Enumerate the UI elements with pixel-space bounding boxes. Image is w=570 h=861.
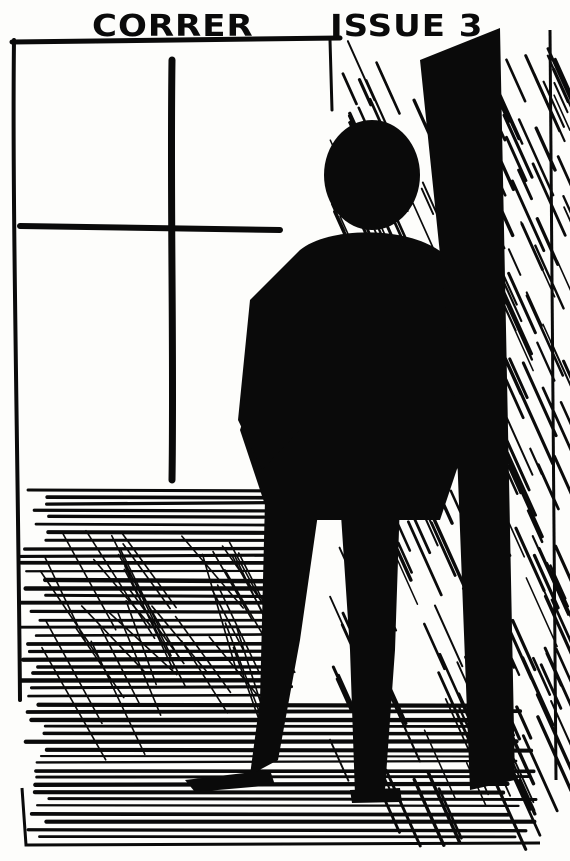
title-word-left: CORRER [92, 8, 254, 44]
ink-drawing [0, 0, 570, 861]
title-word-right: ISSUE 3 [330, 8, 483, 44]
